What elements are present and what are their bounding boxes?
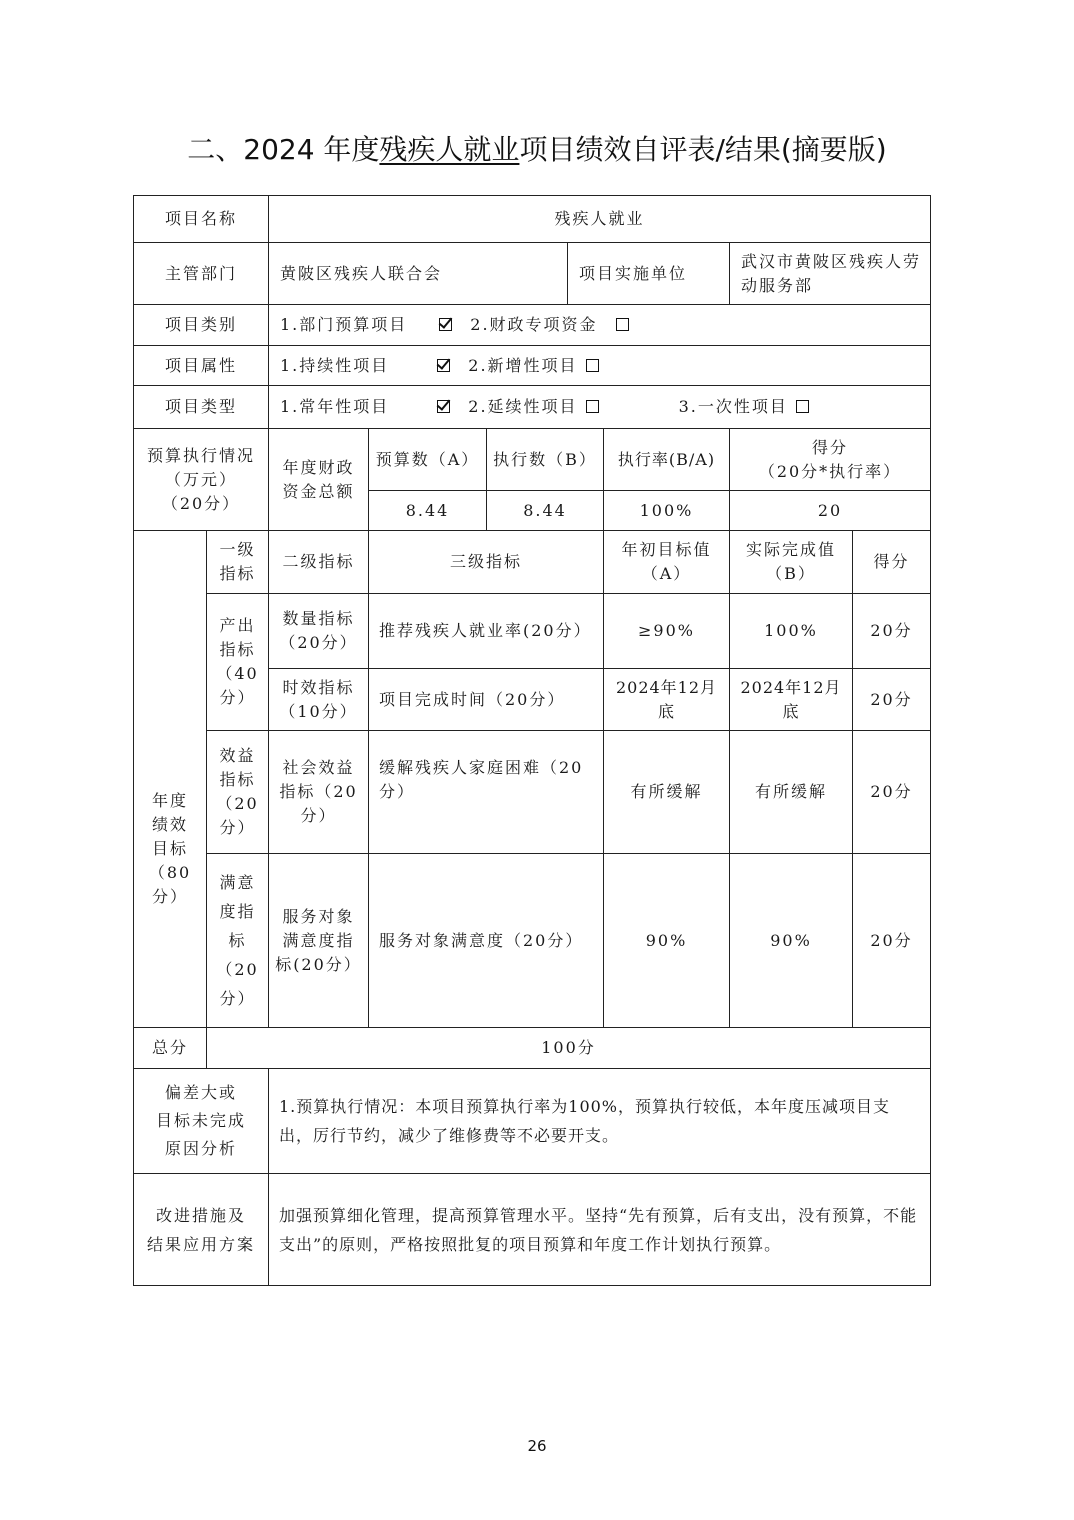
deviation-label: 偏差大或 目标未完成 原因分析 <box>133 1068 269 1174</box>
level1-output: 产出 指标 （40 分） <box>206 593 269 731</box>
budget-header-rate: 执行率(B/A) <box>603 428 730 491</box>
level1-benefit: 效益 指标 （20 分） <box>206 730 269 854</box>
level2-satisfaction: 服务对象 满意度指 标(20分） <box>268 853 369 1028</box>
score-quantity: 20分 <box>852 593 931 669</box>
category-option-2[interactable]: 2.财政专项资金 <box>470 313 632 337</box>
impl-unit-value: 武汉市黄陂区残疾人劳动服务部 <box>729 242 931 305</box>
attribute-option-2[interactable]: 2.新增性项目 <box>468 354 602 378</box>
actual-timeliness: 2024年12月 底 <box>729 668 853 731</box>
target-satisfaction: 90% <box>603 853 730 1028</box>
actual-quantity: 100% <box>729 593 853 669</box>
type-options: 1.常年性项目 2.延续性项目 3.一次性项目 <box>268 385 931 429</box>
target-social-benefit: 有所缓解 <box>603 730 730 854</box>
budget-rate-value: 100% <box>603 490 730 531</box>
target-timeliness: 2024年12月 底 <box>603 668 730 731</box>
total-label: 总分 <box>133 1027 207 1069</box>
improvement-text: 加强预算细化管理，提高预算管理水平。坚持“先有预算，后有支出，没有预算，不能支出… <box>268 1173 931 1286</box>
budget-header-score: 得分 （20分*执行率） <box>729 428 931 491</box>
project-name-value: 残疾人就业 <box>268 195 931 243</box>
type-option-1[interactable]: 1.常年性项目 <box>280 395 454 419</box>
type-option-3[interactable]: 3.一次性项目 <box>679 395 813 419</box>
target-quantity: ≥90% <box>603 593 730 669</box>
impl-unit-label: 项目实施单位 <box>567 242 730 305</box>
budget-header-executed: 执行数（B） <box>486 428 604 491</box>
page-number: 26 <box>0 1437 1074 1455</box>
budget-score-value: 20 <box>729 490 931 531</box>
score-satisfaction: 20分 <box>852 853 931 1028</box>
header-level2: 二级指标 <box>268 530 369 594</box>
checkbox-unchecked-icon[interactable] <box>586 359 599 372</box>
type-label: 项目类型 <box>133 385 269 429</box>
attribute-options: 1.持续性项目 2.新增性项目 <box>268 345 931 386</box>
budget-header-planned: 预算数（A） <box>368 428 487 491</box>
level1-satisfaction: 满意 度指 标 （20 分） <box>206 853 269 1028</box>
type-option-2[interactable]: 2.延续性项目 <box>468 395 602 419</box>
title-prefix: 二、2024 年度 <box>187 133 379 166</box>
improvement-label: 改进措施及 结果应用方案 <box>133 1173 269 1286</box>
attribute-label: 项目属性 <box>133 345 269 386</box>
category-label: 项目类别 <box>133 304 269 346</box>
category-option-1[interactable]: 1.部门预算项目 <box>280 313 456 337</box>
budget-planned-value: 8.44 <box>368 490 487 531</box>
deviation-text: 1.预算执行情况：本项目预算执行率为100%，预算执行较低，本年度压减项目支出，… <box>268 1068 931 1174</box>
category-options: 1.部门预算项目 2.财政专项资金 <box>268 304 931 346</box>
level3-social-benefit: 缓解残疾人家庭困难（20分） <box>368 730 604 854</box>
score-timeliness: 20分 <box>852 668 931 731</box>
header-level1: 一级 指标 <box>206 530 269 594</box>
score-social-benefit: 20分 <box>852 730 931 854</box>
header-target: 年初目标值 （A） <box>603 530 730 594</box>
department-label: 主管部门 <box>133 242 269 305</box>
level2-timeliness: 时效指标 （10分） <box>268 668 369 731</box>
level2-social-benefit: 社会效益 指标（20 分） <box>268 730 369 854</box>
attribute-option-1[interactable]: 1.持续性项目 <box>280 354 454 378</box>
header-actual: 实际完成值 （B） <box>729 530 853 594</box>
checkbox-checked-icon[interactable] <box>437 359 450 372</box>
budget-total-label: 年度财政 资金总额 <box>268 428 369 531</box>
checkbox-checked-icon[interactable] <box>437 400 450 413</box>
budget-label: 预算执行情况 （万元） （20分） <box>133 428 269 531</box>
performance-section-label: 年度 绩效 目标 （80 分） <box>133 530 207 1028</box>
project-name-label: 项目名称 <box>133 195 269 243</box>
checkbox-unchecked-icon[interactable] <box>616 318 629 331</box>
title-suffix: 项目绩效自评表/结果(摘要版) <box>519 133 886 166</box>
header-score: 得分 <box>852 530 931 594</box>
page-title: 二、2024 年度残疾人就业项目绩效自评表/结果(摘要版) <box>0 128 1074 168</box>
header-level3: 三级指标 <box>368 530 604 594</box>
actual-satisfaction: 90% <box>729 853 853 1028</box>
total-value: 100分 <box>206 1027 931 1069</box>
level3-satisfaction: 服务对象满意度（20分） <box>368 853 604 1028</box>
level3-quantity: 推荐残疾人就业率(20分） <box>368 593 604 669</box>
level2-quantity: 数量指标 （20分） <box>268 593 369 669</box>
actual-social-benefit: 有所缓解 <box>729 730 853 854</box>
checkbox-checked-icon[interactable] <box>439 318 452 331</box>
department-value: 黄陂区残疾人联合会 <box>268 242 568 305</box>
checkbox-unchecked-icon[interactable] <box>796 400 809 413</box>
checkbox-unchecked-icon[interactable] <box>586 400 599 413</box>
title-project-name: 残疾人就业 <box>379 133 519 166</box>
level3-timeliness: 项目完成时间（20分） <box>368 668 604 731</box>
budget-executed-value: 8.44 <box>486 490 604 531</box>
